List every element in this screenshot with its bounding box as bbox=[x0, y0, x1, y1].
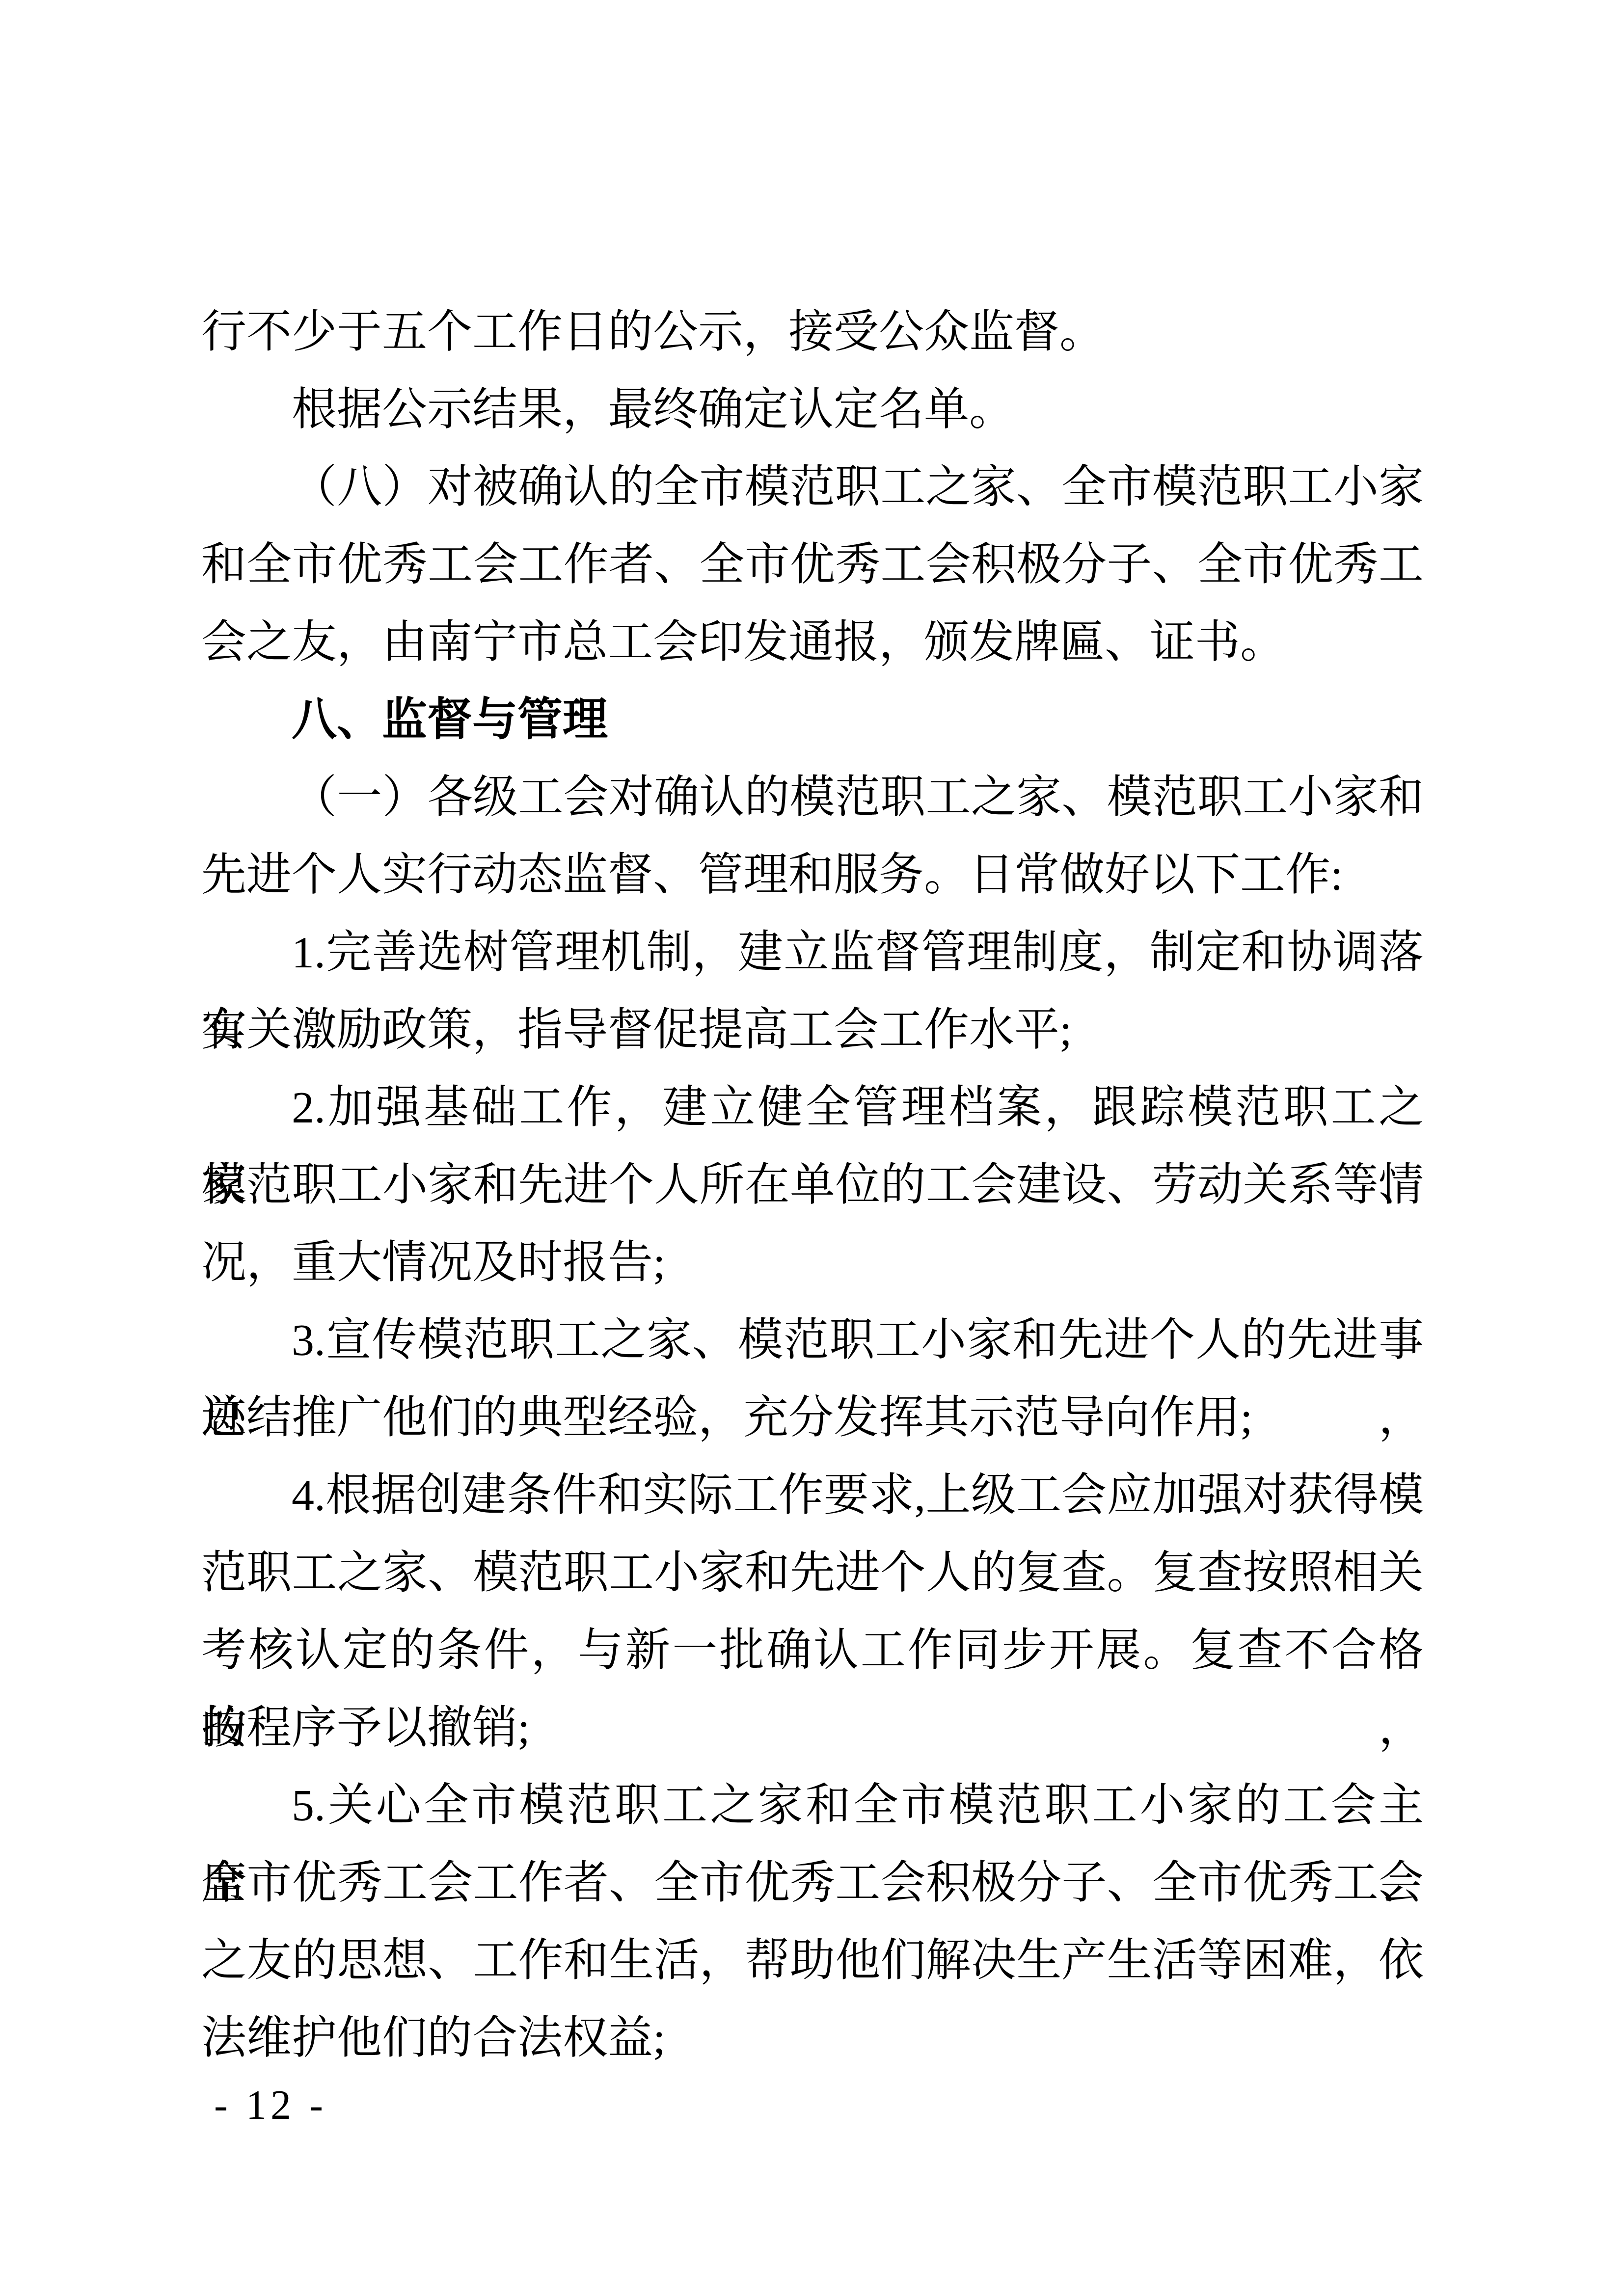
section-heading: 八、监督与管理 bbox=[201, 681, 1424, 758]
text-line: 考核认定的条件，与新一批确认工作同步开展。复查不合格的， bbox=[201, 1611, 1424, 1689]
text-line: 总结推广他们的典型经验，充分发挥其示范导向作用; bbox=[201, 1379, 1424, 1456]
paragraph: 5.关心全市模范职工之家和全市模范职工小家的工会主席、 全市优秀工会工作者、全市… bbox=[201, 1766, 1424, 2077]
text-line: 根据公示结果，最终确定认定名单。 bbox=[201, 371, 1424, 448]
text-line: 行不少于五个工作日的公示，接受公众监督。 bbox=[201, 293, 1424, 371]
paragraph: （八）对被确认的全市模范职工之家、全市模范职工小家 和全市优秀工会工作者、全市优… bbox=[201, 448, 1424, 681]
text-line: 4.根据创建条件和实际工作要求,上级工会应加强对获得模 bbox=[201, 1456, 1424, 1534]
paragraph: 3.宣传模范职工之家、模范职工小家和先进个人的先进事迹， 总结推广他们的典型经验… bbox=[201, 1301, 1424, 1456]
page-number: - 12 - bbox=[214, 2085, 327, 2126]
paragraph: 1.完善选树管理机制，建立监督管理制度，制定和协调落实 有关激励政策，指导督促提… bbox=[201, 913, 1424, 1068]
paragraph: 根据公示结果，最终确定认定名单。 bbox=[201, 371, 1424, 448]
text-line: 法维护他们的合法权益; bbox=[201, 1999, 1424, 2077]
document-page: 行不少于五个工作日的公示，接受公众监督。 根据公示结果，最终确定认定名单。 （八… bbox=[0, 0, 1624, 2296]
paragraph: 4.根据创建条件和实际工作要求,上级工会应加强对获得模 范职工之家、模范职工小家… bbox=[201, 1456, 1424, 1766]
text-line: （一）各级工会对确认的模范职工之家、模范职工小家和 bbox=[201, 758, 1424, 836]
text-line: 有关激励政策，指导督促提高工会工作水平; bbox=[201, 991, 1424, 1068]
text-line: 之友的思想、工作和生活，帮助他们解决生产生活等困难，依 bbox=[201, 1922, 1424, 1999]
text-line: （八）对被确认的全市模范职工之家、全市模范职工小家 bbox=[201, 448, 1424, 526]
paragraph: （一）各级工会对确认的模范职工之家、模范职工小家和 先进个人实行动态监督、管理和… bbox=[201, 758, 1424, 913]
paragraph: 行不少于五个工作日的公示，接受公众监督。 bbox=[201, 293, 1424, 371]
text-line: 况，重大情况及时报告; bbox=[201, 1224, 1424, 1301]
text-line: 先进个人实行动态监督、管理和服务。日常做好以下工作: bbox=[201, 836, 1424, 913]
text-line: 和全市优秀工会工作者、全市优秀工会积极分子、全市优秀工 bbox=[201, 526, 1424, 603]
text-line: 1.完善选树管理机制，建立监督管理制度，制定和协调落实 bbox=[201, 913, 1424, 991]
text-line: 3.宣传模范职工之家、模范职工小家和先进个人的先进事迹， bbox=[201, 1301, 1424, 1379]
body-text-block: 行不少于五个工作日的公示，接受公众监督。 根据公示结果，最终确定认定名单。 （八… bbox=[201, 293, 1424, 2077]
text-line: 范职工之家、模范职工小家和先进个人的复查。复查按照相关 bbox=[201, 1534, 1424, 1611]
text-line: 会之友，由南宁市总工会印发通报，颁发牌匾、证书。 bbox=[201, 603, 1424, 681]
text-line: 2.加强基础工作，建立健全管理档案，跟踪模范职工之家、 bbox=[201, 1068, 1424, 1146]
section-heading-text: 八、监督与管理 bbox=[201, 681, 1424, 758]
text-line: 全市优秀工会工作者、全市优秀工会积极分子、全市优秀工会 bbox=[201, 1844, 1424, 1922]
text-line: 模范职工小家和先进个人所在单位的工会建设、劳动关系等情 bbox=[201, 1146, 1424, 1224]
paragraph: 2.加强基础工作，建立健全管理档案，跟踪模范职工之家、 模范职工小家和先进个人所… bbox=[201, 1068, 1424, 1301]
text-line: 5.关心全市模范职工之家和全市模范职工小家的工会主席、 bbox=[201, 1766, 1424, 1844]
